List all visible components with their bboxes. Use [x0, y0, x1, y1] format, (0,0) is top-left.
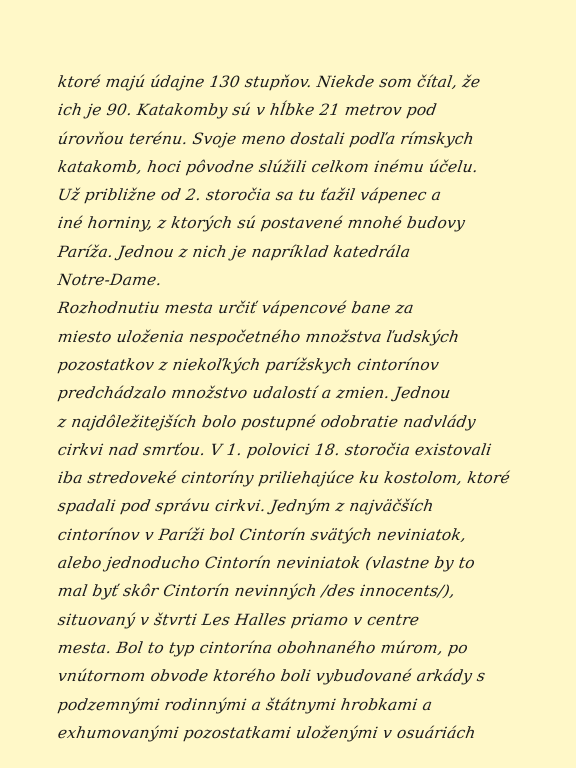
text-line: úrovňou terénu. Svoje meno dostali podľa…: [56, 125, 530, 153]
text-line: Už približne od 2. storočia sa tu ťažil …: [56, 181, 530, 209]
text-line: exhumovanými pozostatkami uloženými v os…: [56, 719, 530, 747]
handwritten-text-block: ktoré majú údajne 130 stupňov. Niekde so…: [56, 68, 526, 747]
text-line: predchádzalo množstvo udalostí a zmien. …: [56, 379, 530, 407]
text-line: cirkvi nad smrťou. V 1. polovici 18. sto…: [56, 436, 530, 464]
text-line: iba stredoveké cintoríny priliehajúce ku…: [56, 464, 530, 492]
text-line: ich je 90. Katakomby sú v hĺbke 21 metro…: [56, 96, 530, 124]
text-line: vnútornom obvode ktorého boli vybudované…: [56, 662, 530, 690]
text-line: situovaný v štvrti Les Halles priamo v c…: [56, 606, 530, 634]
text-line: Rozhodnutiu mesta určiť vápencové bane z…: [56, 294, 530, 322]
text-line: mal byť skôr Cintorín nevinných /des inn…: [56, 577, 530, 605]
text-line: Notre-Dame.: [56, 266, 530, 294]
text-line: cintorínov v Paríži bol Cintorín svätých…: [56, 521, 530, 549]
text-line: katakomb, hoci pôvodne slúžili celkom in…: [56, 153, 530, 181]
text-line: spadali pod správu cirkvi. Jedným z najv…: [56, 492, 530, 520]
text-line: Paríža. Jednou z nich je napríklad kated…: [56, 238, 530, 266]
text-line: iné horniny, z ktorých sú postavené mnoh…: [56, 209, 530, 237]
text-line: miesto uloženia nespočetného množstva ľu…: [56, 323, 530, 351]
text-line: alebo jednoducho Cintorín neviniatok (vl…: [56, 549, 530, 577]
text-line: ktoré majú údajne 130 stupňov. Niekde so…: [56, 68, 530, 96]
handwritten-page: ktoré majú údajne 130 stupňov. Niekde so…: [0, 0, 576, 768]
text-line: mesta. Bol to typ cintorína obohnaného m…: [56, 634, 530, 662]
text-line: z najdôležitejších bolo postupné odobrat…: [56, 408, 530, 436]
text-line: pozostatkov z niekoľkých parížskych cint…: [56, 351, 530, 379]
text-line: podzemnými rodinnými a štátnymi hrobkami…: [56, 691, 530, 719]
